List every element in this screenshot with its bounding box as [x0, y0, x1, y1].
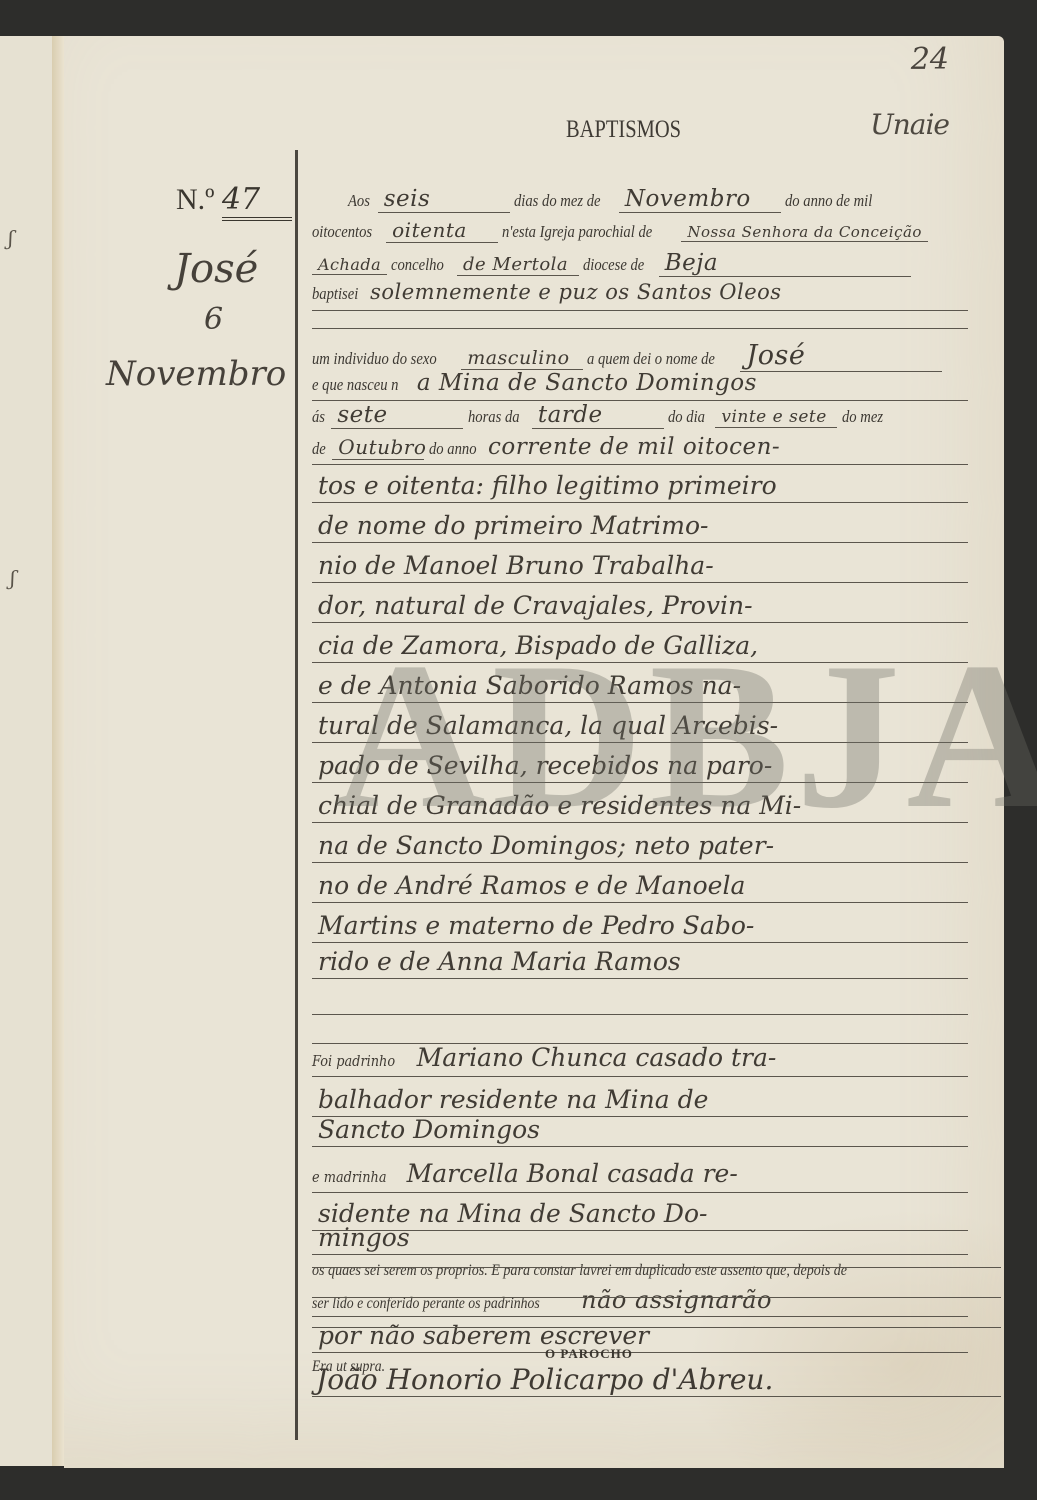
printed-text: do dia — [668, 407, 705, 427]
era-ut-supra: Era ut supra. — [312, 1358, 397, 1376]
record-line-2: oitocentos oitenta n'esta Igreja parochi… — [312, 218, 968, 248]
padrinho-line: balhador residente na Mina de — [312, 1076, 968, 1117]
entry-number-label: N.º — [176, 183, 214, 216]
handwritten-hour: sete — [331, 402, 463, 429]
handwritten-text: de nome do primeiro Matrimo- — [318, 511, 708, 540]
madrinha-label-wrap: e madrinha Marcella Bonal casada re- — [312, 1159, 738, 1188]
printed-text: a quem dei o nome de — [587, 349, 715, 369]
record-line-1: Aos seis dias do mez de Novembro do anno… — [312, 186, 968, 216]
printed-text: oitocentos — [312, 222, 372, 242]
handwritten-month: Novembro — [619, 186, 781, 213]
page-title: BAPTISMOS — [566, 116, 681, 144]
handwritten-given-name: José — [740, 340, 942, 372]
printed-text: do anno de mil — [785, 191, 872, 211]
record-line-5: um individuo do sexo masculino a quem de… — [312, 340, 968, 370]
padrinho-label-wrap: Foi padrinho Mariano Chunca casado tra- — [312, 1043, 776, 1072]
handwritten-birth-year: corrente de mil oitocen- — [488, 434, 780, 460]
handwritten-day: seis — [378, 186, 510, 213]
printed-text: os quaes sei serem os proprios. E para c… — [312, 1262, 847, 1280]
handwritten-text: tos e oitenta: filho legitimo primeiro — [318, 471, 777, 500]
handwritten-council: de Mertola — [457, 254, 579, 276]
printed-text: do anno — [429, 439, 477, 459]
printed-text: horas da — [468, 407, 520, 427]
margin-month: Novembro — [106, 354, 286, 394]
body-line: no de André Ramos e de Manoela — [312, 862, 968, 903]
handwritten-text: nio de Manoel Bruno Trabalha- — [318, 551, 714, 580]
handwritten-text: balhador residente na Mina de — [318, 1085, 708, 1114]
handwritten-diocese: Beja — [659, 250, 911, 277]
printed-text: de — [312, 439, 326, 459]
printed-text: do mez — [842, 407, 883, 427]
handwritten-signature-note: não assignarão — [581, 1286, 772, 1314]
record-line-7: ás sete horas da tarde do dia vinte e se… — [312, 402, 968, 432]
printed-text: baptisei — [312, 284, 358, 304]
printed-text: concelho — [391, 255, 444, 275]
margin-day: 6 — [204, 302, 223, 337]
handwritten-parish: Nossa Senhora da Conceição — [681, 223, 928, 242]
handwritten-baptism-text: solemnemente e puz os Santos Oleos — [370, 280, 782, 304]
printed-text: um individuo do sexo — [312, 349, 437, 369]
closing-line-1: os quaes sei serem os proprios. E para c… — [312, 1262, 920, 1280]
handwritten-text: mingos — [318, 1223, 410, 1252]
handwritten-year: oitenta — [386, 218, 498, 243]
record-line-6: e que nasceu n a Mina de Sancto Domingos — [312, 370, 968, 401]
handwritten-locality: Achada — [312, 255, 387, 275]
closing-line-2: ser lido e conferido perante os padrinho… — [312, 1286, 968, 1317]
handwritten-period: tarde — [532, 402, 664, 429]
margin-rule — [295, 150, 298, 1440]
handwritten-birthplace: a Mina de Sancto Domingos — [417, 370, 757, 396]
madrinha-name: Marcella Bonal casada re- — [407, 1159, 738, 1188]
body-line: rido e de Anna Maria Ramos — [312, 942, 968, 979]
blank-ruled-line — [312, 1013, 968, 1015]
register-page: 24 Unaie BAPTISMOS N.º 47 José 6 Novembr… — [64, 36, 1004, 1468]
madrinha-line: e madrinha Marcella Bonal casada re- — [312, 1152, 968, 1193]
padrinho-line: Sancto Domingos — [312, 1112, 968, 1147]
body-line: Martins e materno de Pedro Sabo- — [312, 902, 968, 943]
handwritten-text: Martins e materno de Pedro Sabo- — [318, 911, 754, 940]
printed-text: e que nasceu n — [312, 375, 398, 395]
body-line: de nome do primeiro Matrimo- — [312, 502, 968, 543]
padrinho-name: Mariano Chunca casado tra- — [417, 1043, 777, 1072]
printed-text: Era ut supra. — [312, 1358, 385, 1376]
facing-page-mark: ʃ — [8, 226, 13, 250]
printed-text: diocese de — [583, 255, 644, 275]
handwritten-birth-day: vinte e sete — [715, 407, 837, 428]
printed-text: ser lido e conferido perante os padrinho… — [312, 1295, 540, 1313]
handwritten-text: Sancto Domingos — [318, 1115, 540, 1144]
record-line-4: baptisei solemnemente e puz os Santos Ol… — [312, 280, 968, 311]
handwritten-sex: masculino — [461, 347, 583, 370]
margin-name: José — [174, 246, 258, 292]
madrinha-label: e madrinha — [312, 1168, 387, 1186]
printed-text: ás — [312, 407, 325, 427]
padrinho-line: Foi padrinho Mariano Chunca casado tra- — [312, 1036, 968, 1077]
blank-ruled-line — [312, 327, 968, 329]
facing-page: ʃ ʃ — [0, 36, 54, 1466]
record-line-3: Achada concelho de Mertola diocese de Be… — [312, 250, 968, 280]
body-line: nio de Manoel Bruno Trabalha- — [312, 542, 968, 583]
entry-number-value: 47 — [222, 182, 292, 221]
handwritten-text: por não saberem escrever — [318, 1321, 649, 1350]
facing-page-mark: ʃ — [10, 566, 15, 590]
madrinha-line: mingos — [312, 1224, 968, 1255]
entry-number: N.º 47 — [176, 182, 292, 221]
closing-line-3: por não saberem escrever — [312, 1318, 968, 1353]
printed-text: Aos — [348, 191, 370, 211]
padrinho-label: Foi padrinho — [312, 1052, 395, 1070]
handwritten-text: no de André Ramos e de Manoela — [318, 871, 745, 900]
printed-text: dias do mez de — [514, 191, 600, 211]
page-number: 24 — [911, 42, 949, 77]
record-line-8: de Outubro do anno corrente de mil oitoc… — [312, 434, 968, 465]
body-line: tos e oitenta: filho legitimo primeiro — [312, 462, 968, 503]
printed-text: n'esta Igreja parochial de — [502, 222, 652, 242]
handwritten-text: rido e de Anna Maria Ramos — [318, 947, 681, 976]
corner-annotation: Unaie — [870, 108, 949, 141]
archive-watermark: ADBJA — [334, 616, 1037, 857]
handwritten-birth-month: Outubro — [332, 435, 424, 460]
